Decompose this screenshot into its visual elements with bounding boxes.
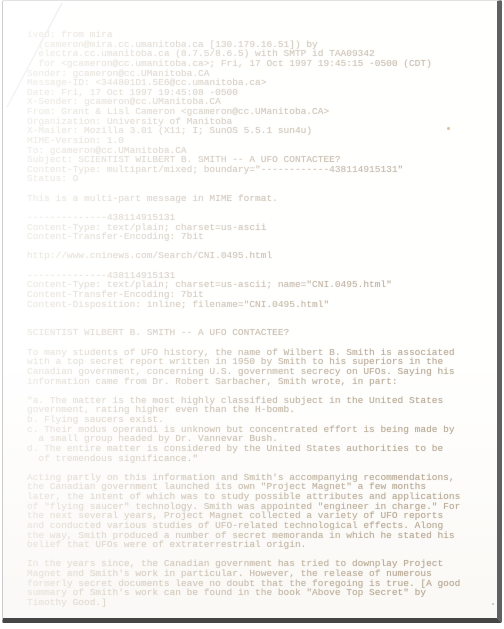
document-line: Content-Type: multipart/mixed; boundary=… — [27, 165, 489, 175]
document-line: Content-Transfer-Encoding: 7bit — [27, 232, 489, 242]
document-line: SCIENTIST WILBERT B. SMITH -- A UFO CONT… — [27, 328, 489, 338]
scan-speck — [492, 603, 494, 605]
document-line: information came from Dr. Robert Sarbach… — [27, 377, 489, 387]
document-text: ived: from mira (cameron@mira.cc.umanito… — [27, 30, 489, 608]
document-line: Status: O — [27, 174, 489, 184]
document-line — [27, 309, 489, 319]
document-line: Timothy Good.] — [27, 598, 489, 608]
scanned-document-page: ived: from mira (cameron@mira.cc.umanito… — [2, 0, 502, 623]
document-line: of tremendous significance." — [27, 454, 489, 464]
document-line: http://www.cninews.com/Search/CNI.0495.h… — [27, 251, 489, 261]
document-line: This is a multi-part message in MIME for… — [27, 194, 489, 204]
document-line: belief that UFOs were of extraterrestria… — [27, 540, 489, 550]
document-line: Content-Disposition: inline; filename="C… — [27, 300, 489, 310]
